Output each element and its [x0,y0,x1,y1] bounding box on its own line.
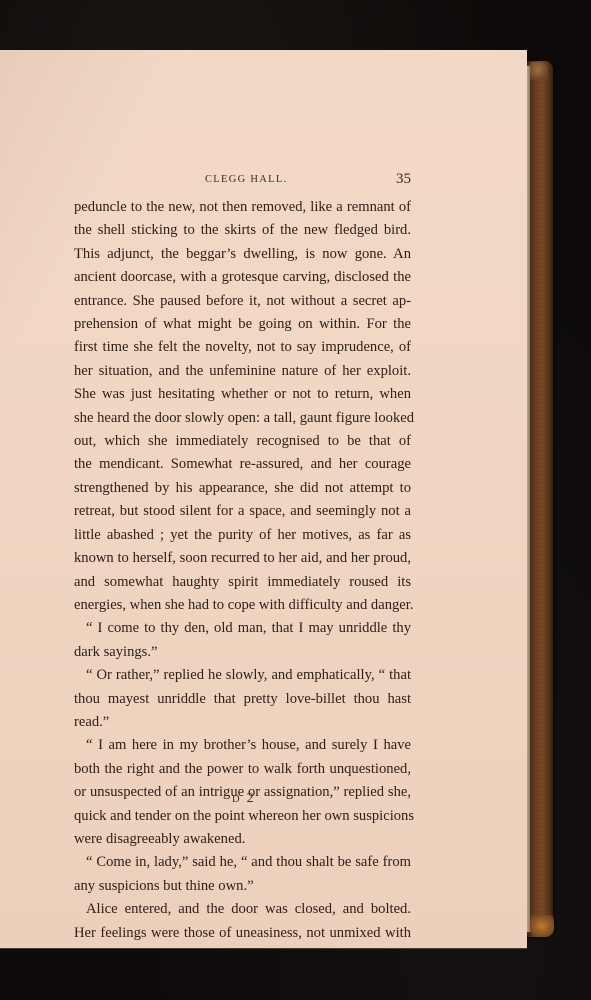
text-line: dark sayings.” [74,641,411,664]
paragraph-3: “ Or rather,” replied he slowly, and emp… [74,664,411,734]
text-line: she heard the door slowly open: a tall, … [74,407,411,430]
running-title: CLEGG HALL. [205,174,288,185]
text-line: Her feelings were those of uneasiness, n… [74,922,411,945]
text-line: entrance. She paused before it, not with… [74,290,411,313]
text-line: energies, when she had to cope with diff… [74,594,411,617]
signature-letter: D [232,794,241,805]
text-line: first time she felt the novelty, not to … [74,336,411,359]
paragraph-2: “ I come to thy den, old man, that I may… [74,617,411,664]
text-line: Alice entered, and the door was closed, … [74,898,411,921]
text-line: “ Come in, lady,” said he, “ and thou sh… [74,851,411,874]
page-number: 35 [396,171,411,188]
text-line: strengthened by his appearance, she did … [74,477,411,500]
text-line: both the right and the power to walk for… [74,758,411,781]
paragraph-6: Alice entered, and the door was closed, … [74,898,411,945]
text-line: known to herself, soon recurred to her a… [74,547,411,570]
signature-mark: D2 [232,791,255,807]
text-line: “ I come to thy den, old man, that I may… [74,617,411,640]
text-line: read.” [74,711,411,734]
text-line: thou mayest unriddle that pretty love-bi… [74,688,411,711]
book-page: CLEGG HALL. 35 peduncle to the new, not … [0,50,527,948]
book-cover-edge [526,61,553,937]
text-line: retreat, but stood silent for a space, a… [74,500,411,523]
text-line: and somewhat haughty spirit immediately … [74,571,411,594]
signature-number: 2 [247,791,255,806]
text-line: prehension of what might be going on wit… [74,313,411,336]
text-line: any suspicions but thine own.” [74,875,411,898]
paragraph-5: “ Come in, lady,” said he, “ and thou sh… [74,851,411,898]
text-line: ancient doorcase, with a grotesque carvi… [74,266,411,289]
text-line: “ I am here in my brother’s house, and s… [74,734,411,757]
running-head: CLEGG HALL. 35 [0,174,527,194]
text-line: quick and tender on the point whereon he… [74,805,411,828]
cover-corner-wear-bottom [530,915,554,937]
text-line: the shell sticking to the skirts of the … [74,219,411,242]
text-line: peduncle to the new, not then removed, l… [74,196,411,219]
text-line: This adjunct, the beggar’s dwelling, is … [74,243,411,266]
text-line: “ Or rather,” replied he slowly, and emp… [74,664,411,687]
text-line: were disagreeably awakened. [74,828,411,851]
body-text: peduncle to the new, not then removed, l… [74,196,411,945]
text-line: She was just hesitating whether or not t… [74,383,411,406]
text-line: out, which she immediately recognised to… [74,430,411,453]
text-line: the mendicant. Somewhat re-assured, and … [74,453,411,476]
text-line: little abashed ; yet the purity of her m… [74,524,411,547]
cover-corner-wear-top [528,62,548,80]
text-line: her situation, and the unfeminine nature… [74,360,411,383]
paragraph-1: peduncle to the new, not then removed, l… [74,196,411,617]
